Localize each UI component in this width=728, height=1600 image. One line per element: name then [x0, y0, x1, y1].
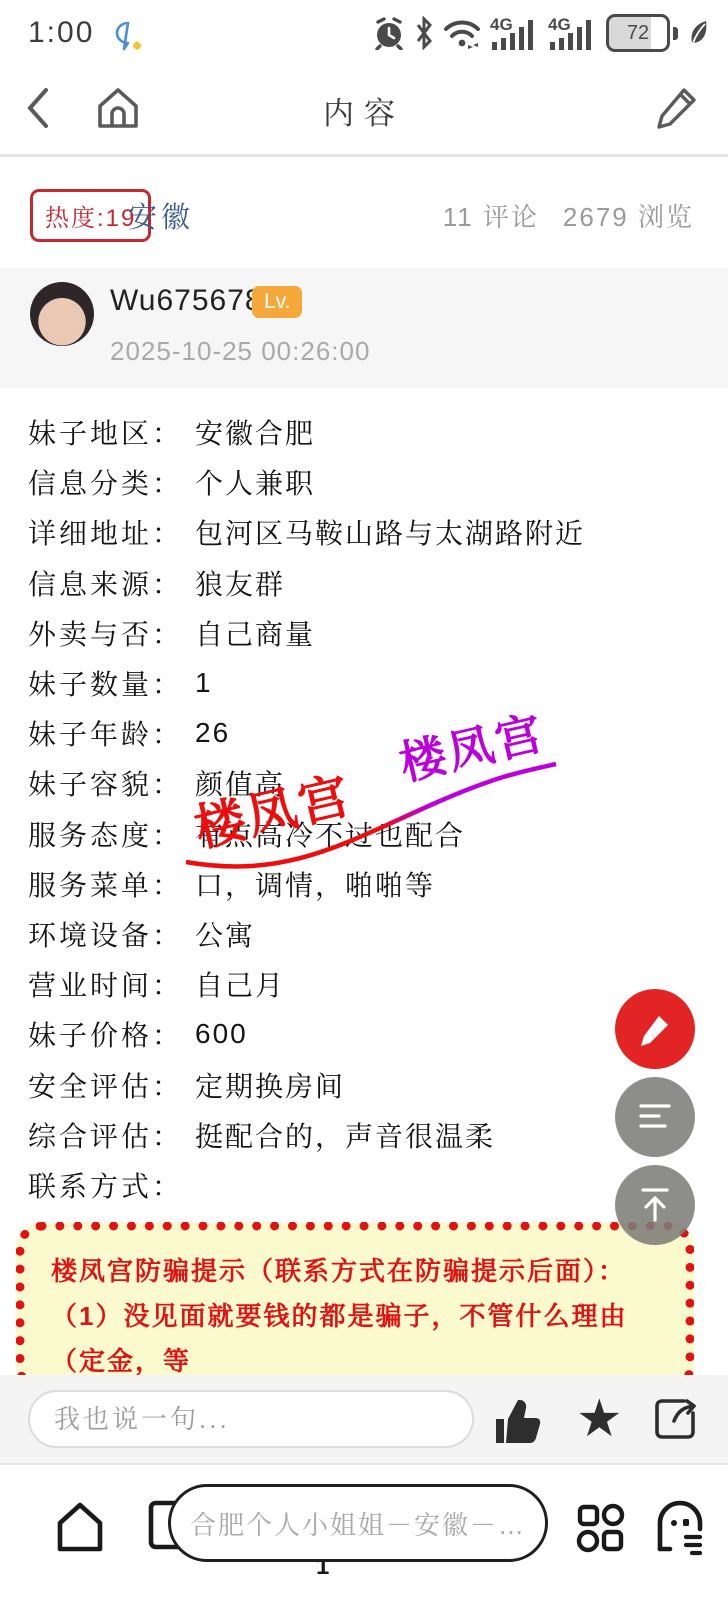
thumbs-up-icon: [488, 1393, 544, 1449]
field-value: 公寓: [195, 914, 255, 954]
share-button[interactable]: [650, 1393, 702, 1450]
clock-text: 1:00: [28, 16, 94, 50]
field-value: 自己月: [195, 964, 285, 1004]
field-row: 信息来源：狼友群: [28, 558, 718, 608]
username[interactable]: Wu675678: [110, 284, 263, 318]
field-value: 个人兼职: [195, 462, 315, 502]
signal-4g-icon-2: 4G: [548, 14, 598, 52]
svg-text:4G: 4G: [548, 15, 571, 34]
field-label: 服务态度：: [28, 814, 183, 854]
field-row: 妹子数量：1: [28, 658, 718, 708]
warning-title: 楼凤宫防骗提示（联系方式在防骗提示后面）：: [51, 1249, 675, 1294]
field-label: 营业时间：: [28, 964, 183, 1004]
field-label: 妹子年龄：: [28, 713, 183, 753]
post-stats: 11 评论 2679 浏览: [443, 197, 694, 234]
grid-icon: [572, 1497, 628, 1557]
field-label: 妹子地区：: [28, 412, 183, 452]
field-label: 妹子数量：: [28, 663, 183, 703]
comment-count: 11 评论: [443, 197, 539, 234]
field-row: 妹子容貌：颜值高: [28, 758, 718, 808]
field-label: 信息来源：: [28, 563, 183, 603]
write-post-fab[interactable]: [615, 989, 695, 1069]
field-label: 妹子容貌：: [28, 763, 183, 803]
avatar[interactable]: [30, 282, 94, 346]
status-icons: 4G 4G 72: [372, 14, 712, 52]
field-row: 安全评估：定期换房间: [28, 1059, 718, 1109]
apps-grid-button[interactable]: [572, 1497, 628, 1562]
field-value: 600: [195, 1018, 248, 1050]
chat-notification-icon: [112, 20, 146, 57]
field-label: 信息分类：: [28, 462, 183, 502]
field-value: 26: [195, 717, 230, 749]
bluetooth-icon: [414, 16, 434, 50]
field-label: 环境设备：: [28, 914, 183, 954]
field-value: 安徽合肥: [195, 412, 315, 452]
wifi-icon: [442, 16, 482, 50]
field-value: 包河区马鞍山路与太湖路附近: [195, 512, 585, 552]
favorite-button[interactable]: ★: [576, 1377, 623, 1461]
signal-4g-icon-1: 4G: [490, 14, 540, 52]
field-value: 狼友群: [195, 563, 285, 603]
field-label: 妹子价格：: [28, 1014, 183, 1054]
address-bar[interactable]: 合肥个人小姐姐－安徽－…: [168, 1484, 548, 1562]
field-label: 外卖与否：: [28, 613, 183, 653]
field-row: 详细地址：包河区马鞍山路与太湖路附近: [28, 507, 718, 557]
field-label: 综合评估：: [28, 1115, 183, 1155]
level-badge: Lv.: [252, 286, 302, 318]
field-value: 口，调情，啪啪等: [195, 864, 435, 904]
warning-line: （1）没见面就要钱的都是骗子，不管什么理由（定金，等: [51, 1294, 675, 1384]
field-value: 定期换房间: [195, 1065, 345, 1105]
battery-icon: 72: [606, 14, 670, 52]
menu-mascot-button[interactable]: [652, 1495, 708, 1562]
field-value: 自己商量: [195, 613, 315, 653]
status-bar: 1:00 4G: [0, 0, 728, 62]
field-label: 安全评估：: [28, 1065, 183, 1105]
browser-home-button[interactable]: [52, 1497, 108, 1562]
comments-list-fab[interactable]: [615, 1077, 695, 1157]
browser-bottom-bar: 1 合肥个人小姐姐－安徽－…: [0, 1463, 728, 1600]
view-count: 2679 浏览: [563, 197, 694, 234]
battery-percent: 72: [627, 22, 649, 45]
anti-scam-notice: 楼凤宫防骗提示（联系方式在防骗提示后面）： （1）没见面就要钱的都是骗子，不管什…: [16, 1222, 694, 1394]
like-button[interactable]: 10: [488, 1393, 544, 1454]
field-row: 服务态度：有点高冷不过也配合: [28, 809, 718, 859]
comment-bar: 10 ★: [0, 1375, 728, 1463]
field-label: 服务菜单：: [28, 864, 183, 904]
field-row: 信息分类：个人兼职: [28, 457, 718, 507]
field-value: 颜值高: [195, 763, 285, 803]
page-title: 内容: [0, 88, 728, 133]
post-meta-row: 热度:19 安徽 11 评论 2679 浏览: [0, 157, 728, 267]
field-row: 营业时间：自己月: [28, 959, 718, 1009]
field-row: 外卖与否：自己商量: [28, 608, 718, 658]
pencil-icon: [636, 1010, 674, 1048]
nav-bar: 内容: [0, 62, 728, 157]
field-value: 挺配合的，声音很温柔: [195, 1115, 495, 1155]
field-label: 联系方式：: [28, 1165, 183, 1205]
post-content: 妹子地区：安徽合肥 信息分类：个人兼职 详细地址：包河区马鞍山路与太湖路附近 信…: [28, 407, 718, 1210]
alarm-icon: [372, 16, 406, 50]
ghost-face-icon: [652, 1495, 708, 1557]
field-value: 有点高冷不过也配合: [195, 814, 465, 854]
battery-nub: [673, 27, 678, 40]
field-row: 妹子年龄：26: [28, 708, 718, 758]
list-lines-icon: [638, 1102, 672, 1132]
share-icon: [650, 1393, 702, 1445]
edit-post-button[interactable]: [654, 84, 700, 137]
power-save-leaf-icon: [686, 17, 712, 49]
svg-text:4G: 4G: [490, 15, 513, 34]
field-row: 妹子地区：安徽合肥: [28, 407, 718, 457]
app-screen: 1:00 4G: [0, 0, 728, 1600]
field-label: 详细地址：: [28, 512, 183, 552]
field-row: 环境设备：公寓: [28, 909, 718, 959]
region-tag[interactable]: 安徽: [128, 195, 194, 236]
field-row: 服务菜单：口，调情，啪啪等: [28, 859, 718, 909]
comment-input[interactable]: [28, 1390, 474, 1448]
back-to-top-fab[interactable]: [615, 1165, 695, 1245]
address-text: 合肥个人小姐姐－安徽－…: [190, 1505, 526, 1542]
home-icon: [52, 1497, 108, 1557]
arrow-to-top-icon: [637, 1186, 673, 1224]
field-value: 1: [195, 667, 213, 699]
author-section: Wu675678 Lv. 2025-10-25 00:26:00: [0, 268, 728, 388]
post-timestamp: 2025-10-25 00:26:00: [110, 336, 370, 367]
